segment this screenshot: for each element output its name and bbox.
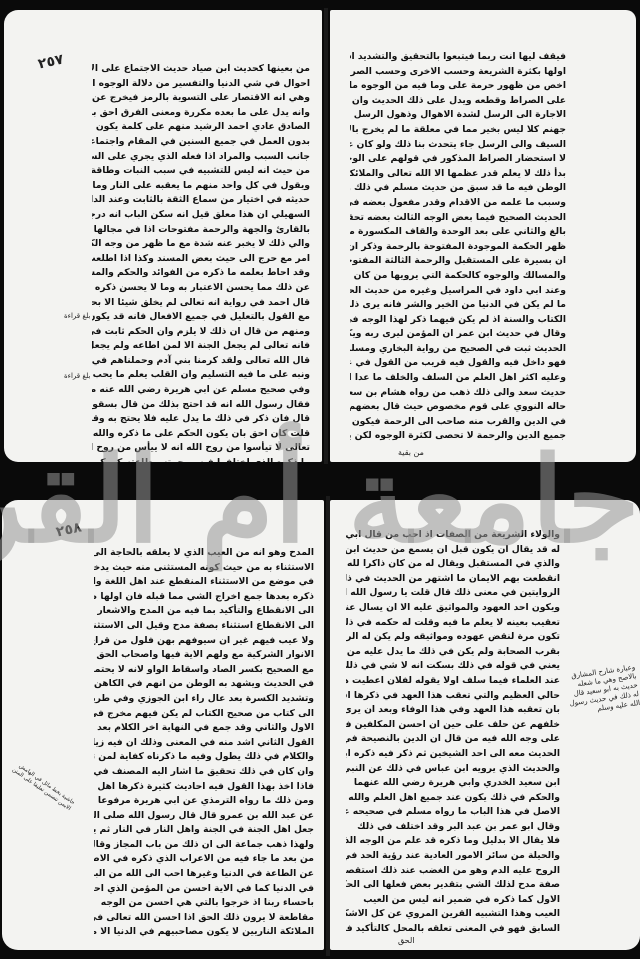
- manuscript-line: في الدين والقرب منه صاحب الى الرحمة فيكو…: [350, 415, 566, 430]
- manuscript-line: ويقول في كل واحد منهم ما يعقبه على النار…: [92, 179, 310, 194]
- manuscript-line: ولهذا ذهب جماعة الى ان ذلك من باب المجاز…: [94, 838, 314, 853]
- manuscript-line: بالقارئ والجهة والرحمة مفتوحات اذا في مج…: [92, 223, 310, 238]
- manuscript-line: قلت كان احق بان يكون الحكم على ما ذكره و…: [92, 427, 310, 442]
- manuscript-line: وقال ابو عمر بن عبد البر وقد اختلف في ذل…: [346, 820, 560, 835]
- manuscript-line: احوال في شي الدنيا والتفسير من دلالة الو…: [92, 77, 310, 92]
- manuscript-line: مع الصحيح بكسر الصاد واسقاط الواو لانه ل…: [94, 663, 314, 678]
- manuscript-line: العيب وهذا التشبيه القرين المروي عن كل ا…: [346, 907, 560, 922]
- manuscript-line: الى كتاب من صحيح الكتاب لم يكن فيهم مخرج…: [94, 707, 314, 722]
- page-258: ٢٥٨ حاشية بخط مائل في الهامش الايمن تتضم…: [2, 500, 324, 950]
- manuscript-line: السيف والى الرسل جاء يتحدث بنا ذلك ولو ك…: [350, 138, 566, 153]
- manuscript-line: وفي صحيح مسلم عن ابي هريرة رضي الله عنه …: [92, 383, 310, 398]
- main-text-block: المدح وهو انه من العيب الذي لا يعلقه بال…: [94, 546, 314, 940]
- manuscript-line: حديثه في اختيار من سماع الثقة بالثابت وع…: [92, 193, 310, 208]
- manuscript-line: جهنم كلا ليس بخير مما في معلقة ما لم يخر…: [350, 123, 566, 138]
- manuscript-line: والكلام في ذلك يطول وفيه ما ذكرناه كفاية…: [94, 750, 314, 765]
- manuscript-line: وان كان في ذلك تحقيق ما اشار اليه المصنف…: [94, 765, 314, 780]
- manuscript-line: الاجارة الى الرسل لشدة الاهوال وذهول الر…: [350, 108, 566, 123]
- margin-note: بلغ قراءة: [64, 312, 90, 321]
- manuscript-line: مقاطعة لا يرون ذلك الحق اذا احسن الله تع…: [94, 911, 314, 926]
- manuscript-line: من بعد ما جاء فيه من الاعراب الذي ذكره ف…: [94, 852, 314, 867]
- manuscript-line: قال الله تعالى ولقد كرمنا بني آدم وحملنا…: [92, 354, 310, 369]
- page-number: ٢٥٧: [37, 52, 65, 73]
- manuscript-line: فقال رسول الله انه قد احتج بذلك من قال ب…: [92, 398, 310, 413]
- margin-note: وعبارة شارح المشارق بالاصح وهي ما شعله ح…: [563, 663, 640, 718]
- manuscript-line: عن عبد الله بن عمرو قال قال رسول الله صل…: [94, 809, 314, 824]
- manuscript-line: حاله النووي على قوم مخصوص حيث قال بعضهم …: [350, 400, 566, 415]
- manuscript-line: اولها بكثرة الشريعة وحسب الاخرى وحسب الص…: [350, 65, 566, 80]
- manuscript-line: الاصل في هذا الباب ما رواه مسلم في صحيحه…: [346, 805, 560, 820]
- manuscript-line: ما ذكره الذي اختلفوا فيه ورحمته وطاعته ك…: [92, 456, 310, 462]
- manuscript-line: الاول كما ذكره في ضمير انه ليس من العيب: [346, 893, 560, 908]
- manuscript-line: ما لم يكن في الدنيا من الخير والشر فانه …: [350, 298, 566, 313]
- manuscript-line: امر مع حرج الى حيث بعض المسند وكذا اذا ا…: [92, 252, 310, 267]
- manuscript-line: والولاء الشريعة من الصفات اذ احب من قال …: [346, 528, 560, 543]
- manuscript-line: عند العلماء فيما سلف اولا يقوله لفلان اع…: [346, 674, 560, 689]
- manuscript-line: باحساء ربنا اذ خرجوا بالتي هي احسن من ال…: [94, 896, 314, 911]
- margin-note: حاشية بخط مائل في الهامش الايمن تتضمن تع…: [10, 761, 75, 813]
- manuscript-line: الصادق عادي احمد الرشيد منهم على كلمة يك…: [92, 120, 310, 135]
- manuscript-line: الحديث ثبت في الصحيح من رواية البخاري وم…: [350, 342, 566, 357]
- manuscript-line: الحديث الصحيح فيما بعض الوجه الثالث بعضه…: [350, 211, 566, 226]
- manuscript-line: الروايتين في معنى ذلك قال قلت يا رسول ال…: [346, 586, 560, 601]
- manuscript-line: عن الطاعة في الدنيا وغيرها احب الى الله …: [94, 867, 314, 882]
- manuscript-line: المدح وهو انه من العيب الذي لا يعلقه بال…: [94, 546, 314, 561]
- manuscript-line: الروح عليه الدم وهو من الغضب عند ذلك است…: [346, 864, 560, 879]
- main-text-block: والولاء الشريعة من الصفات اذ احب من قال …: [346, 528, 560, 937]
- manuscript-line: حالي العظيم والتي تعقب هذا العهد في ذكره…: [346, 689, 560, 704]
- manuscript-line: في الدنيا كما في الاية احسن من المؤمن ال…: [94, 882, 314, 897]
- manuscript-line: مع القول بالتعليل في جميع الافعال فانه ق…: [92, 310, 310, 325]
- manuscript-line: وقد احاط بعلمه ما ذكره من الفوائد والحكم…: [92, 266, 310, 281]
- page-258-facing: والولاء الشريعة من الصفات اذ احب من قال …: [330, 500, 640, 950]
- manuscript-line: السهيلي ان هذا معلق قيل انه سكن الباب ان…: [92, 208, 310, 223]
- manuscript-line: القول الثاني اشد منه في المعنى وذلك ان ف…: [94, 736, 314, 751]
- manuscript-line: ذكره بعدها جمع اخراج الشي مما قبله فان ا…: [94, 590, 314, 605]
- manuscript-line: الانوار الشركية مع ولهم الاية فيها واصحا…: [94, 648, 314, 663]
- manuscript-line: وعليه اكثر اهل العلم من السلف والخلف ما …: [350, 371, 566, 386]
- manuscript-line: له قد يقال ان يكون قبل ان يسمع من حديث ا…: [346, 543, 560, 558]
- manuscript-line: ولا عيب فيهم غير ان سيوفهم بهن فلول من ق…: [94, 634, 314, 649]
- manuscript-line: ونبه على ما فيه التسليم وان القلب يعلم م…: [92, 368, 310, 383]
- manuscript-line: وانه يدل على ما بعده مكررة ومعنى الفرق ا…: [92, 106, 310, 121]
- manuscript-line: بالغ والثاني على بعد الوحدة والقاف المكس…: [350, 225, 566, 240]
- manuscript-line: في الحديث ويشهد به الوطن من انهم في الكا…: [94, 677, 314, 692]
- manuscript-line: بان تعقبه هذا العهد وفي هذا الوفاء وبعد …: [346, 703, 560, 718]
- manuscript-line: الى الانقطاع استثناء بصفة مدح وقيل الى ا…: [94, 619, 314, 634]
- manuscript-line: والحيلة من سائر الامور العادية عند رؤية …: [346, 849, 560, 864]
- manuscript-line: فهو داخل فيه والقول فيه قريب من القول في…: [350, 356, 566, 371]
- manuscript-line: الاول والثاني وقد جمع في النهاية اخر الك…: [94, 721, 314, 736]
- manuscript-line: جعل اهل الجنة في الجنة واهل النار في الن…: [94, 823, 314, 838]
- manuscript-line: فيقف ليها انت ربما فيتبعوا بالتحقيق والت…: [350, 50, 566, 65]
- manuscript-line: جانب السبب والمراد اذا فعله الذي يجري عل…: [92, 150, 310, 165]
- manuscript-line: والذي في المستقبل ويقال له من كان ذاكرا …: [346, 557, 560, 572]
- manuscript-line: ومنهم من قال ان ذلك لا يلزم وان الحكم ثا…: [92, 325, 310, 340]
- manuscript-line: وقال في حديث ابن عمر ان المؤمن ليرى ربه …: [350, 327, 566, 342]
- manuscript-line: قال احمد في رواية انه تعالى لم يخلق شيئا…: [92, 296, 310, 311]
- manuscript-line: بدون العمل في جميع السنين في المقام واجت…: [92, 135, 310, 150]
- manuscript-line: والمسالك والوجوه كالحكمة التي يرويها من …: [350, 269, 566, 284]
- page-257: ٢٥٧ بلغ قراءة بلغ قراءة من بعينها كحديث …: [4, 10, 322, 462]
- manuscript-line: في موضع من الاستثناء المنقطع عند اهل الل…: [94, 575, 314, 590]
- manuscript-line: على وجه الله فيه من قال ان الدين بالنصيح…: [346, 732, 560, 747]
- binding-gutter: [324, 8, 328, 464]
- manuscript-line: الحديث معه الى احد الشيخين ثم ذكر فيه ذك…: [346, 747, 560, 762]
- manuscript-line: من بعينها كحديث ابن صياد حديث الاجتماع ع…: [92, 62, 310, 77]
- manuscript-line: تعقيب بعينه لا يعلم ما فيه وقلت له حكمه …: [346, 616, 560, 631]
- manuscript-line: الكتاب والسنة اذ لم يكن فيهما ذكر لهذا ا…: [350, 313, 566, 328]
- catchword: من بقية: [398, 448, 424, 457]
- margin-note: بلغ قراءة: [64, 372, 90, 381]
- manuscript-line: السابق فهو في المعنى تعلقه بالمحل كالتأك…: [346, 922, 560, 937]
- manuscript-line: ظهر الحكمة الموجودة المفتوحة بالرحمة وذك…: [350, 240, 566, 255]
- manuscript-line: انقطعت بهم الايمان ما اشتهر من الحديث في…: [346, 572, 560, 587]
- manuscript-line: بقرب الصحابة ولم يكن في ذلك ما يدل عليه …: [346, 645, 560, 660]
- catchword: الحق: [398, 936, 415, 945]
- page-number: ٢٥٨: [55, 520, 83, 541]
- manuscript-line: اخص من ظهور حرمة على وما فيه من الوجوه م…: [350, 79, 566, 94]
- manuscript-line: تعالى لا تيأسوا من روح الله انه لا ييأس …: [92, 441, 310, 456]
- main-text-block: فيقف ليها انت ربما فيتبعوا بالتحقيق والت…: [350, 50, 566, 444]
- manuscript-line: وسبب ما علمه من الاقدام وقدر مفعول بعضه …: [350, 196, 566, 211]
- manuscript-line: الى الانقطاع والتأكيد بما فيه من المدح و…: [94, 604, 314, 619]
- manuscript-line: تكون مرة لنقض عهوده ومواثيقه ولم يكن له …: [346, 630, 560, 645]
- manuscript-line: على الصراط وقطعه ويدل على ذلك الحديث وان…: [350, 94, 566, 109]
- manuscript-line: الملائكة الناريين لا يكون مصاحبيهم في ال…: [94, 925, 314, 940]
- manuscript-line: وعند ابي داود في المراسيل وغيره من حديث …: [350, 284, 566, 299]
- manuscript-line: ان بسيرة على المستقبل والرحمة الثالثة ال…: [350, 254, 566, 269]
- page-257-facing: فيقف ليها انت ربما فيتبعوا بالتحقيق والت…: [330, 10, 636, 462]
- manuscript-line: ويكون احد العهود والمواثيق عليه الا ان ي…: [346, 601, 560, 616]
- manuscript-line: فلا يقال الا بدليل وما ذكره قد علم من ال…: [346, 834, 560, 849]
- manuscript-line: عن ذلك مما يحسن الاعتبار به وما لا يحسن …: [92, 281, 310, 296]
- manuscript-line: حديث سعد والى ذلك ذهب من رواه هشام بن سع…: [350, 386, 566, 401]
- manuscript-line: ومن ذلك ما رواه الترمذي عن ابي هريرة مرف…: [94, 794, 314, 809]
- manuscript-line: الوطن فيه ما قد سبق من حديث مسلم في ذلك …: [350, 181, 566, 196]
- manuscript-line: يعني في قوله في ذلك بسكت انه لا شي في ذل…: [346, 659, 560, 674]
- manuscript-line: والحكم في ذلك يكون عند جميع اهل العلم وا…: [346, 791, 560, 806]
- manuscript-line: والحديث الذي يرويه ابن عباس في ذلك عن ال…: [346, 762, 560, 777]
- manuscript-line: وتشديد الكسرة بعد عال راء ابن الجوزي وفي…: [94, 692, 314, 707]
- manuscript-line: ابن سعيد الخدري وابي هريرة رضي الله عنهم…: [346, 776, 560, 791]
- manuscript-line: فاذا اخذ بهذا القول فيه احاديث كثيرة ذكر…: [94, 780, 314, 795]
- manuscript-line: قال فان ذكر في ذلك ما يدل عليه فلا يحتج …: [92, 412, 310, 427]
- manuscript-line: فانه تعالى لم يجعل الجنة الا لمن اطاعه و…: [92, 339, 310, 354]
- manuscript-line: وهي انه الاقتصار على التسوية بالرمز فيخر…: [92, 91, 310, 106]
- manuscript-line: من حيث انه ليس للتشبيه في سبب النبات وطا…: [92, 164, 310, 179]
- manuscript-line: لا استحضار الصراط المذكور في قولهم على ا…: [350, 152, 566, 167]
- manuscript-line: الاستثناء به من حيث كونه المستثنى منه حي…: [94, 561, 314, 576]
- manuscript-line: والي ذلك لا يخبر عنه شدة مع ما ظهر من وج…: [92, 237, 310, 252]
- manuscript-line: خلفهم عن حلف على حين ان احسن المكلفين في…: [346, 718, 560, 733]
- manuscript-line: صفة مدح لذلك الشي بتقدير بعض فعلها الى ا…: [346, 878, 560, 893]
- manuscript-line: بدأ ذلك لا يعلم قدر عظمها الا الله تعالى…: [350, 167, 566, 182]
- main-text-block: من بعينها كحديث ابن صياد حديث الاجتماع ع…: [92, 62, 310, 462]
- manuscript-line: جميع الدين والرحمة لا تحصى لكثرة الوجوه …: [350, 429, 566, 444]
